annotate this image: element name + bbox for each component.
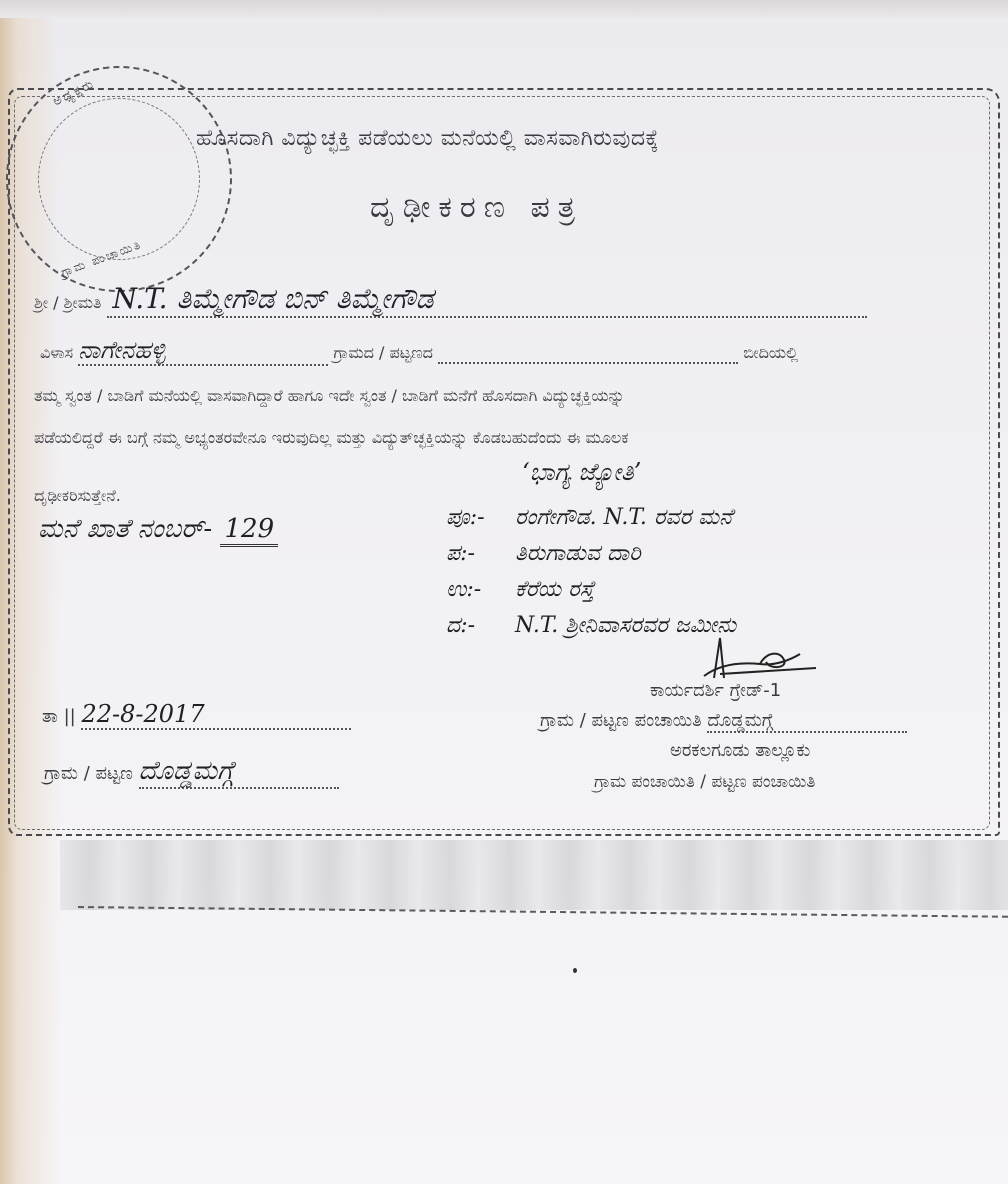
document-title: ದೃಢೀಕರಣ ಪತ್ರ	[370, 190, 583, 225]
body-line-1: ತಮ್ಮ ಸ್ವಂತ / ಬಾಡಿಗೆ ಮನೆಯಲ್ಲಿ ವಾಸವಾಗಿದ್ದಾ…	[34, 386, 625, 406]
house-number: ಮನೆ ಖಾತೆ ನಂಬರ್- 129	[38, 514, 278, 545]
signatory-office: ಗ್ರಾಮ ಪಂಚಾಯಿತಿ / ಪಟ್ಟಣ ಪಂಚಾಯಿತಿ	[594, 772, 815, 792]
body-line-3: ದೃಢೀಕರಿಸುತ್ತೇನೆ.	[34, 486, 121, 506]
boundary-label: ದ:-	[446, 608, 508, 644]
village-line	[438, 343, 738, 364]
name-label: ಶ್ರೀ / ಶ್ರೀಮತಿ	[34, 293, 101, 312]
signatory-taluk: ಅರಕಲಗೂಡು ತಾಲ್ಲೂಕು	[670, 740, 810, 761]
house-number-label: ಮನೆ ಖಾತೆ ನಂಬರ್-	[38, 514, 212, 544]
boundary-north: ಉ:- ಕೆರೆಯ ರಸ್ತೆ	[446, 572, 736, 608]
name-value: N.T. ತಿಮ್ಮೇಗೌಡ ಬಿನ್ ತಿಮ್ಮೇಗೌಡ	[107, 282, 440, 315]
boundary-west: ಪ:- ತಿರುಗಾಡುವ ದಾರಿ	[446, 536, 736, 572]
property-boundaries: ಪೂ:- ರಂಗೇಗೌಡ. N.T. ರವರ ಮನೆ ಪ:- ತಿರುಗಾಡುವ…	[446, 500, 736, 644]
signatory-designation: ಕಾರ್ಯದರ್ಶಿ ಗ್ರೇಡ್-1	[650, 680, 781, 701]
boundary-east: ಪೂ:- ರಂಗೇಗೌಡ. N.T. ರವರ ಮನೆ	[446, 500, 736, 536]
date-line: 22-8-2017	[81, 700, 351, 730]
house-number-value: 129	[220, 514, 278, 547]
body-line-2: ಪಡೆಯಲಿದ್ದರೆ ಈ ಬಗ್ಗೆ ನಮ್ಮ ಅಭ್ಯಂತರವೇನೂ ಇರು…	[34, 428, 628, 448]
place-value: ದೊಡ್ಡಮಗ್ಗೆ	[139, 756, 234, 786]
signatory-village-value: ದೊಡ್ಡಮಗ್ಗೆ	[707, 710, 773, 731]
paper-fold	[0, 0, 1008, 18]
boundary-south: ದ:- N.T. ಶ್ರೀನಿವಾಸರವರ ಜಮೀನು	[446, 608, 736, 644]
place-label: ಗ್ರಾಮ / ಪಟ್ಟಣ	[44, 763, 133, 784]
address-label: ವಿಳಾಸ	[40, 343, 73, 362]
document-heading: ಹೊಸದಾಗಿ ವಿದ್ಯುಚ್ಛಕ್ತಿ ಪಡೆಯಲು ಮನೆಯಲ್ಲಿ ವಾ…	[196, 126, 659, 151]
photocopy-shadow	[60, 840, 1008, 910]
address-line: ನಾಗೇನಹಳ್ಳಿ	[78, 336, 328, 366]
address-value: ನಾಗೇನಹಳ್ಳಿ	[78, 336, 165, 364]
address-field: ವಿಳಾಸ ನಾಗೇನಹಳ್ಳಿ ಗ್ರಾಮದ / ಪಟ್ಟಣದ ಬೀದಿಯಲ್…	[40, 336, 798, 366]
boundary-label: ಪೂ:-	[446, 500, 508, 536]
date-label: ತಾ ||	[42, 706, 76, 727]
street-label: ಬೀದಿಯಲ್ಲಿ	[743, 343, 798, 362]
boundary-value: ರಂಗೇಗೌಡ. N.T. ರವರ ಮನೆ	[515, 505, 732, 530]
boundary-label: ಪ:-	[446, 536, 508, 572]
name-field: ಶ್ರೀ / ಶ್ರೀಮತಿ N.T. ತಿಮ್ಮೇಗೌಡ ಬಿನ್ ತಿಮ್ಮ…	[34, 282, 867, 318]
signatory-village-label: ಗ್ರಾಮ / ಪಟ್ಟಣ ಪಂಚಾಯಿತಿ	[540, 710, 702, 731]
signatory-village: ಗ್ರಾಮ / ಪಟ್ಟಣ ಪಂಚಾಯಿತಿ ದೊಡ್ಡಮಗ್ಗೆ	[540, 710, 907, 733]
scheme-name-handwritten: ‘ಭಾಗ್ಯ ಜ್ಯೋತಿ’	[522, 458, 641, 486]
boundary-value: ಕೆರೆಯ ರಸ್ತೆ	[515, 577, 594, 602]
ink-speck	[573, 968, 577, 973]
place-field: ಗ್ರಾಮ / ಪಟ್ಟಣ ದೊಡ್ಡಮಗ್ಗೆ	[44, 756, 339, 789]
boundary-value: ತಿರುಗಾಡುವ ದಾರಿ	[515, 541, 641, 566]
boundary-label: ಉ:-	[446, 572, 508, 608]
signature-mark	[700, 634, 818, 680]
name-line: N.T. ತಿಮ್ಮೇಗೌಡ ಬಿನ್ ತಿಮ್ಮೇಗೌಡ	[107, 282, 867, 318]
signatory-village-line: ದೊಡ್ಡಮಗ್ಗೆ	[707, 710, 907, 733]
place-line: ದೊಡ್ಡಮಗ್ಗೆ	[139, 756, 339, 789]
date-value: 22-8-2017	[81, 700, 204, 728]
village-label: ಗ್ರಾಮದ / ಪಟ್ಟಣದ	[333, 343, 433, 362]
date-field: ತಾ || 22-8-2017	[42, 700, 351, 730]
